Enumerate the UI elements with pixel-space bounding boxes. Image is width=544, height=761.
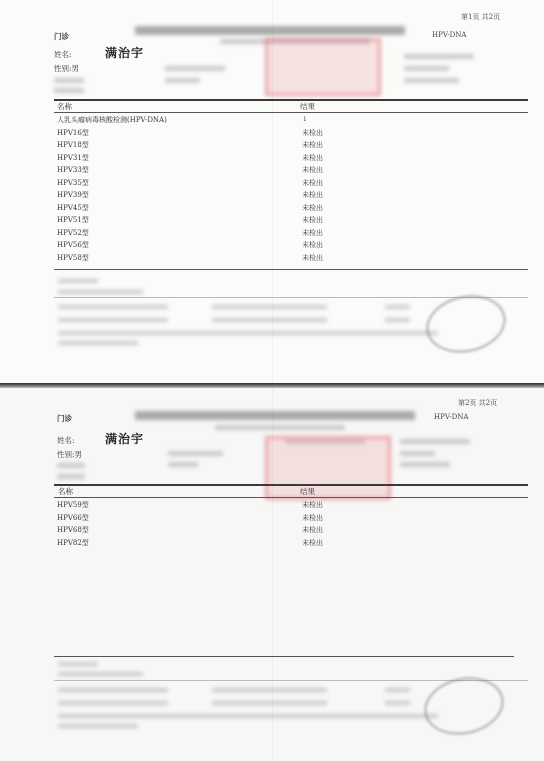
redacted-hospital-title: [135, 411, 415, 420]
round-seal: [419, 670, 509, 741]
redacted-footer: [58, 662, 98, 666]
table-row-name: 人乳头瘤病毒核酸检测(HPV-DNA): [57, 115, 167, 125]
red-stamp: [265, 436, 391, 500]
redacted-footer: [58, 701, 168, 705]
table-row-result: 未检出: [302, 153, 323, 163]
table-row-name: HPV39型: [57, 190, 89, 200]
redacted-field: [57, 474, 85, 479]
patient-name: 满治宇: [105, 44, 144, 61]
table-row-result: 未检出: [302, 140, 323, 150]
redacted-footer: [385, 688, 410, 692]
table-row-result: 未检出: [302, 165, 323, 175]
table-row-result: 未检出: [302, 513, 323, 523]
table-row-name: HPV51型: [57, 215, 89, 225]
table-row-name: HPV33型: [57, 165, 89, 175]
table-bottom-rule: [54, 269, 528, 270]
red-stamp: [265, 38, 381, 96]
redacted-field: [168, 451, 223, 456]
table-header-rule: [54, 497, 528, 498]
table-row-result: 未检出: [302, 228, 323, 238]
patient-sex: 男: [72, 64, 80, 73]
column-header-result: 结果: [300, 101, 315, 112]
table-row-result: 未检出: [302, 253, 323, 263]
redacted-field: [404, 54, 474, 59]
table-row-name: HPV68型: [57, 525, 89, 535]
table-row-result: 未检出: [302, 538, 323, 548]
department-label: 门诊: [54, 31, 69, 42]
sex-label: 性别:男: [54, 63, 79, 74]
table-row-name: HPV31型: [57, 153, 89, 163]
redacted-footer: [212, 318, 327, 322]
report-type: HPV-DNA: [434, 413, 468, 421]
table-row-result: 未检出: [302, 240, 323, 250]
redacted-field: [404, 78, 459, 83]
redacted-footer: [58, 279, 98, 283]
table-row-name: HPV16型: [57, 128, 89, 138]
table-row-name: HPV35型: [57, 178, 89, 188]
report-page-1: 第1页 共2页 门诊 HPV-DNA 姓名: 满治宇 性别:男 名称 结果 人乳…: [0, 0, 544, 384]
patient-name: 满治宇: [105, 430, 144, 447]
redacted-footer: [212, 701, 327, 705]
name-label: 姓名:: [57, 435, 75, 446]
report-type: HPV-DNA: [432, 31, 466, 39]
redacted-footer: [58, 331, 438, 335]
sex-label-text: 性别:: [57, 450, 75, 459]
redacted-field: [57, 463, 85, 468]
table-row-name: HPV82型: [57, 538, 89, 548]
table-row-result: 未检出: [302, 500, 323, 510]
table-row-name: HPV59型: [57, 500, 89, 510]
table-row-name: HPV66型: [57, 513, 89, 523]
table-row-name: HPV45型: [57, 203, 89, 213]
redacted-field: [54, 78, 84, 83]
redacted-footer: [58, 290, 143, 294]
table-row-name: HPV52型: [57, 228, 89, 238]
table-header-rule: [54, 112, 528, 113]
round-seal: [421, 288, 511, 359]
redacted-field: [400, 439, 470, 444]
redacted-footer: [58, 672, 143, 676]
redacted-footer: [58, 318, 168, 322]
table-row-name: HPV18型: [57, 140, 89, 150]
table-bottom-rule: [54, 656, 514, 657]
redacted-field: [168, 462, 198, 467]
table-row-result: 未检出: [302, 178, 323, 188]
page-indicator: 第2页 共2页: [458, 398, 497, 408]
redacted-field: [54, 88, 84, 93]
table-row-name: HPV56型: [57, 240, 89, 250]
patient-sex: 男: [75, 450, 83, 459]
redacted-field: [400, 451, 435, 456]
redacted-hospital-title: [135, 26, 405, 35]
department-label: 门诊: [57, 413, 72, 424]
redacted-footer: [58, 714, 438, 718]
page-indicator: 第1页 共2页: [461, 12, 500, 22]
table-row-result: 未检出: [302, 215, 323, 225]
table-row-result: 未检出: [302, 525, 323, 535]
redacted-field: [404, 66, 449, 71]
redacted-footer: [385, 305, 410, 309]
name-label: 姓名:: [54, 49, 72, 60]
column-header-name: 名称: [58, 486, 73, 497]
redacted-footer: [58, 341, 138, 345]
sex-label-text: 性别:: [54, 64, 72, 73]
redacted-field: [165, 66, 225, 71]
redacted-footer: [58, 305, 168, 309]
redacted-field: [400, 462, 450, 467]
redacted-footer: [58, 724, 138, 728]
column-header-result: 结果: [300, 486, 315, 497]
sex-label: 性别:男: [57, 449, 82, 460]
redacted-footer: [385, 701, 410, 705]
table-row-result: 未检出: [302, 190, 323, 200]
redacted-footer: [385, 318, 410, 322]
report-page-2: 第2页 共2页 门诊 HPV-DNA 姓名: 满治宇 性别:男 名称 结果 HP…: [0, 388, 544, 761]
redacted-subtitle: [215, 425, 345, 430]
table-top-rule: [54, 484, 528, 486]
table-row-name: HPV58型: [57, 253, 89, 263]
table-row-result: ↓: [302, 115, 308, 123]
redacted-footer: [58, 688, 168, 692]
redacted-footer: [212, 688, 327, 692]
redacted-footer: [212, 305, 327, 309]
table-row-result: 未检出: [302, 203, 323, 213]
redacted-field: [165, 78, 200, 83]
column-header-name: 名称: [57, 101, 72, 112]
table-row-result: 未检出: [302, 128, 323, 138]
table-top-rule: [54, 99, 528, 101]
